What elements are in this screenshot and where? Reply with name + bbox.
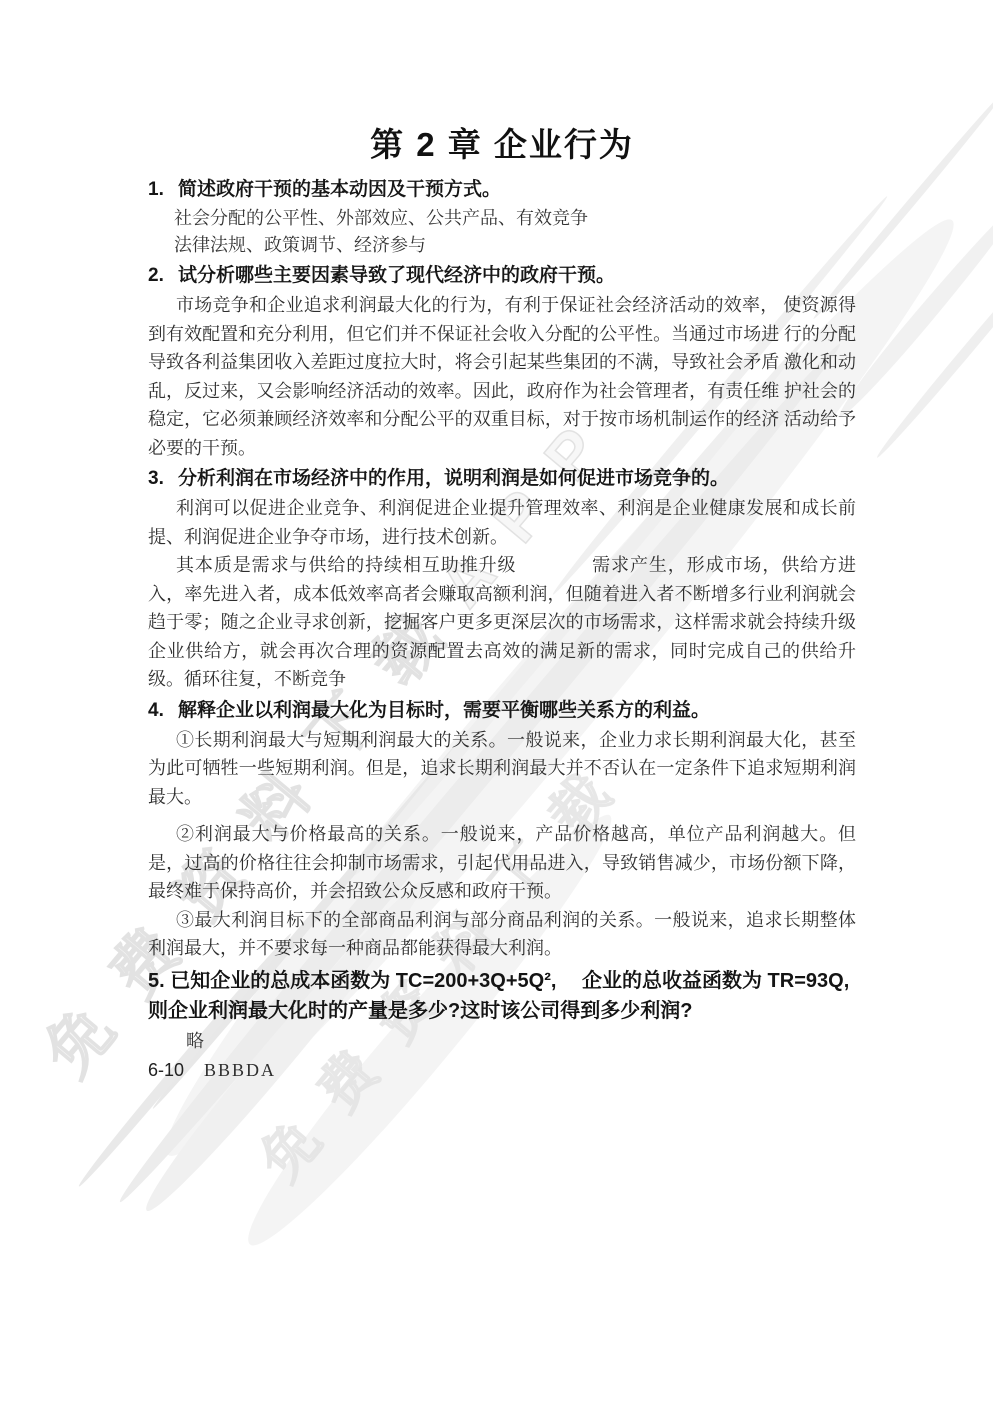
- question-text: 试分析哪些主要因素导致了现代经济中的政府干预。: [178, 265, 615, 286]
- answer-paragraph: 其本质是需求与供给的持续相互助推升级 需求产生，形成市场，供给方进入，率先进入者…: [148, 551, 856, 694]
- question-heading: 2.试分析哪些主要因素导致了现代经济中的政府干预。: [148, 262, 856, 289]
- question-number: 3.: [148, 465, 178, 492]
- question-heading: 1.简述政府干预的基本动因及干预方式。: [148, 176, 856, 203]
- question-heading: 4.解释企业以利润最大化为目标时，需要平衡哪些关系方的利益。: [148, 697, 856, 724]
- answer-paragraph: ②利润最大与价格最高的关系。一般说来，产品价格越高，单位产品利润越大。但是，过高…: [148, 820, 856, 906]
- answer-line: 略: [148, 1028, 856, 1055]
- answer-line: 法律法规、政策调节、经济参与: [148, 232, 856, 259]
- answer-paragraph: 市场竞争和企业追求利润最大化的行为，有利于保证社会经济活动的效率， 使资源得到有…: [148, 291, 856, 462]
- brush-stroke: [873, 209, 993, 461]
- question-number: 4.: [148, 697, 178, 724]
- answer-key-range: 6-10: [148, 1057, 204, 1083]
- answer-key-letters: BBBDA: [204, 1060, 276, 1080]
- document-blocks: 1.简述政府干预的基本动因及干预方式。社会分配的公平性、外部效应、公共产品、有效…: [148, 176, 856, 1083]
- answer-key-row: 6-10BBBDA: [148, 1057, 856, 1083]
- answer-paragraph: ①长期利润最大与短期利润最大的关系。一般说来，企业力求长期利润最大化，甚至为此可…: [148, 726, 856, 812]
- answer-paragraph: ③最大利润目标下的全部商品利润与部分商品利润的关系。一般说来，追求长期整体利润最…: [148, 906, 856, 963]
- question-heading: 3.分析利润在市场经济中的作用，说明利润是如何促进市场竞争的。: [148, 465, 856, 492]
- question-number: 2.: [148, 262, 178, 289]
- answer-line: 社会分配的公平性、外部效应、公共产品、有效竞争: [148, 205, 856, 232]
- document-page: 免费资料下载APP 免费资料下载 第 2 章 企业行为 1.简述政府干预的基本动…: [0, 0, 993, 1404]
- question-text: 分析利润在市场经济中的作用，说明利润是如何促进市场竞争的。: [178, 468, 729, 489]
- page-title: 第 2 章 企业行为: [148, 122, 856, 168]
- answer-paragraph: 利润可以促进企业竞争、利润促进企业提升管理效率、利润是企业健康发展和成长前提、利…: [148, 494, 856, 551]
- brush-stroke: [833, 196, 993, 422]
- question-heading: 5. 已知企业的总成本函数为 TC=200+3Q+5Q², 企业的总收益函数为 …: [148, 966, 856, 1026]
- document-content: 第 2 章 企业行为 1.简述政府干预的基本动因及干预方式。社会分配的公平性、外…: [148, 122, 856, 1083]
- question-text: 简述政府干预的基本动因及干预方式。: [178, 179, 501, 200]
- question-number: 1.: [148, 176, 178, 203]
- question-text: 解释企业以利润最大化为目标时，需要平衡哪些关系方的利益。: [178, 700, 710, 721]
